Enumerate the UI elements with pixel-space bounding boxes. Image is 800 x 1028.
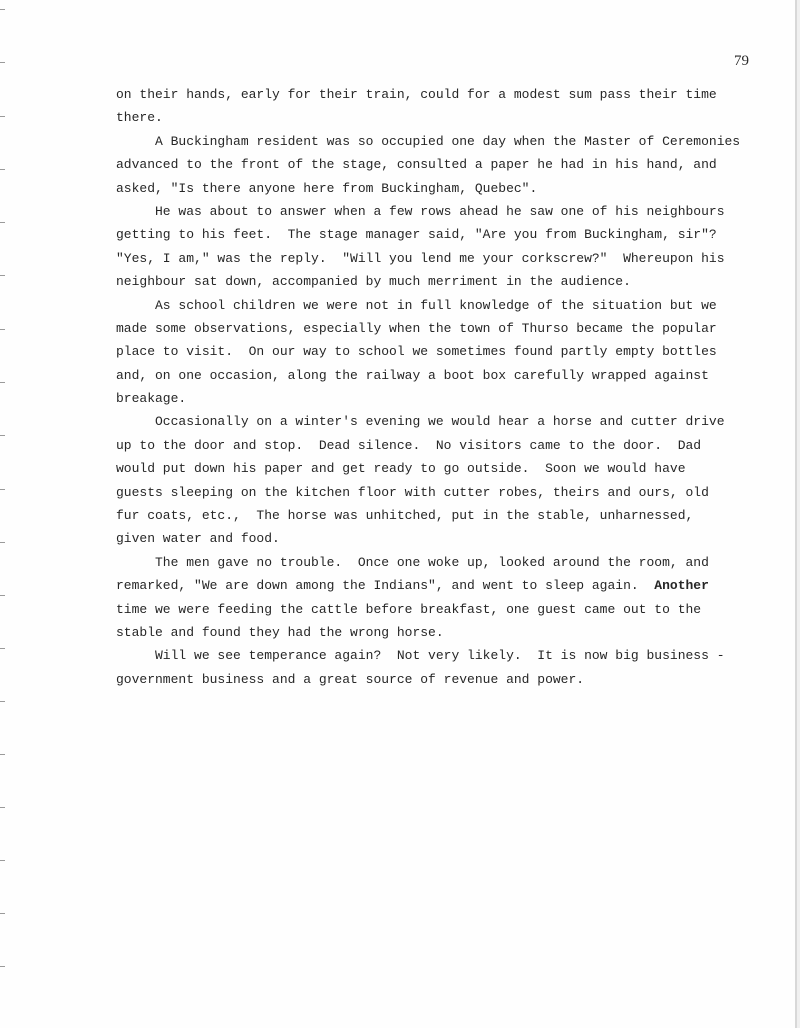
margin-tick-mark bbox=[0, 542, 5, 543]
text-line: Occasionally on a winter's evening we wo… bbox=[116, 410, 756, 433]
text-line: fur coats, etc., The horse was unhitched… bbox=[116, 504, 756, 527]
margin-tick-mark bbox=[0, 966, 5, 967]
text-line: breakage. bbox=[116, 387, 756, 410]
margin-tick-mark bbox=[0, 595, 5, 596]
text-line: As school children we were not in full k… bbox=[116, 294, 756, 317]
text-line: given water and food. bbox=[116, 527, 756, 550]
margin-tick-mark bbox=[0, 701, 5, 702]
text-line: getting to his feet. The stage manager s… bbox=[116, 223, 756, 246]
text-line: neighbour sat down, accompanied by much … bbox=[116, 270, 756, 293]
text-line: up to the door and stop. Dead silence. N… bbox=[116, 434, 756, 457]
text-line: made some observations, especially when … bbox=[116, 317, 756, 340]
text-line: there. bbox=[116, 106, 756, 129]
text-line: would put down his paper and get ready t… bbox=[116, 457, 756, 480]
page-edge bbox=[795, 0, 797, 1028]
text-line: and, on one occasion, along the railway … bbox=[116, 364, 756, 387]
margin-tick-mark bbox=[0, 275, 5, 276]
text-line: government business and a great source o… bbox=[116, 668, 756, 691]
body-text: on their hands, early for their train, c… bbox=[116, 83, 756, 691]
text-line-main: remarked, "We are down among the Indians… bbox=[116, 578, 639, 593]
text-line: guests sleeping on the kitchen floor wit… bbox=[116, 481, 756, 504]
margin-tick-mark bbox=[0, 62, 5, 63]
margin-tick-mark bbox=[0, 169, 5, 170]
text-line: A Buckingham resident was so occupied on… bbox=[116, 130, 756, 153]
margin-tick-mark bbox=[0, 860, 5, 861]
text-line: asked, "Is there anyone here from Buckin… bbox=[116, 177, 756, 200]
text-line: He was about to answer when a few rows a… bbox=[116, 200, 756, 223]
page-number: 79 bbox=[734, 53, 749, 70]
document-page: 79 on their hands, early for their train… bbox=[0, 0, 800, 1028]
margin-tick-mark bbox=[0, 9, 5, 10]
margin-tick-mark bbox=[0, 913, 5, 914]
margin-tick-mark bbox=[0, 382, 5, 383]
margin-tick-mark bbox=[0, 329, 5, 330]
text-line: "Yes, I am," was the reply. "Will you le… bbox=[116, 247, 756, 270]
text-line: advanced to the front of the stage, cons… bbox=[116, 153, 756, 176]
text-line: The men gave no trouble. Once one woke u… bbox=[116, 551, 756, 574]
text-line: Will we see temperance again? Not very l… bbox=[116, 644, 756, 667]
margin-tick-mark bbox=[0, 435, 5, 436]
margin-tick-mark bbox=[0, 222, 5, 223]
text-line: stable and found they had the wrong hors… bbox=[116, 621, 756, 644]
text-line: on their hands, early for their train, c… bbox=[116, 83, 756, 106]
text-line: time we were feeding the cattle before b… bbox=[116, 598, 756, 621]
emphasized-word: Another bbox=[654, 578, 709, 593]
margin-tick-mark bbox=[0, 648, 5, 649]
margin-tick-mark bbox=[0, 489, 5, 490]
margin-tick-mark bbox=[0, 754, 5, 755]
text-line: remarked, "We are down among the Indians… bbox=[116, 574, 756, 597]
margin-tick-mark bbox=[0, 807, 5, 808]
margin-tick-mark bbox=[0, 116, 5, 117]
text-line: place to visit. On our way to school we … bbox=[116, 340, 756, 363]
